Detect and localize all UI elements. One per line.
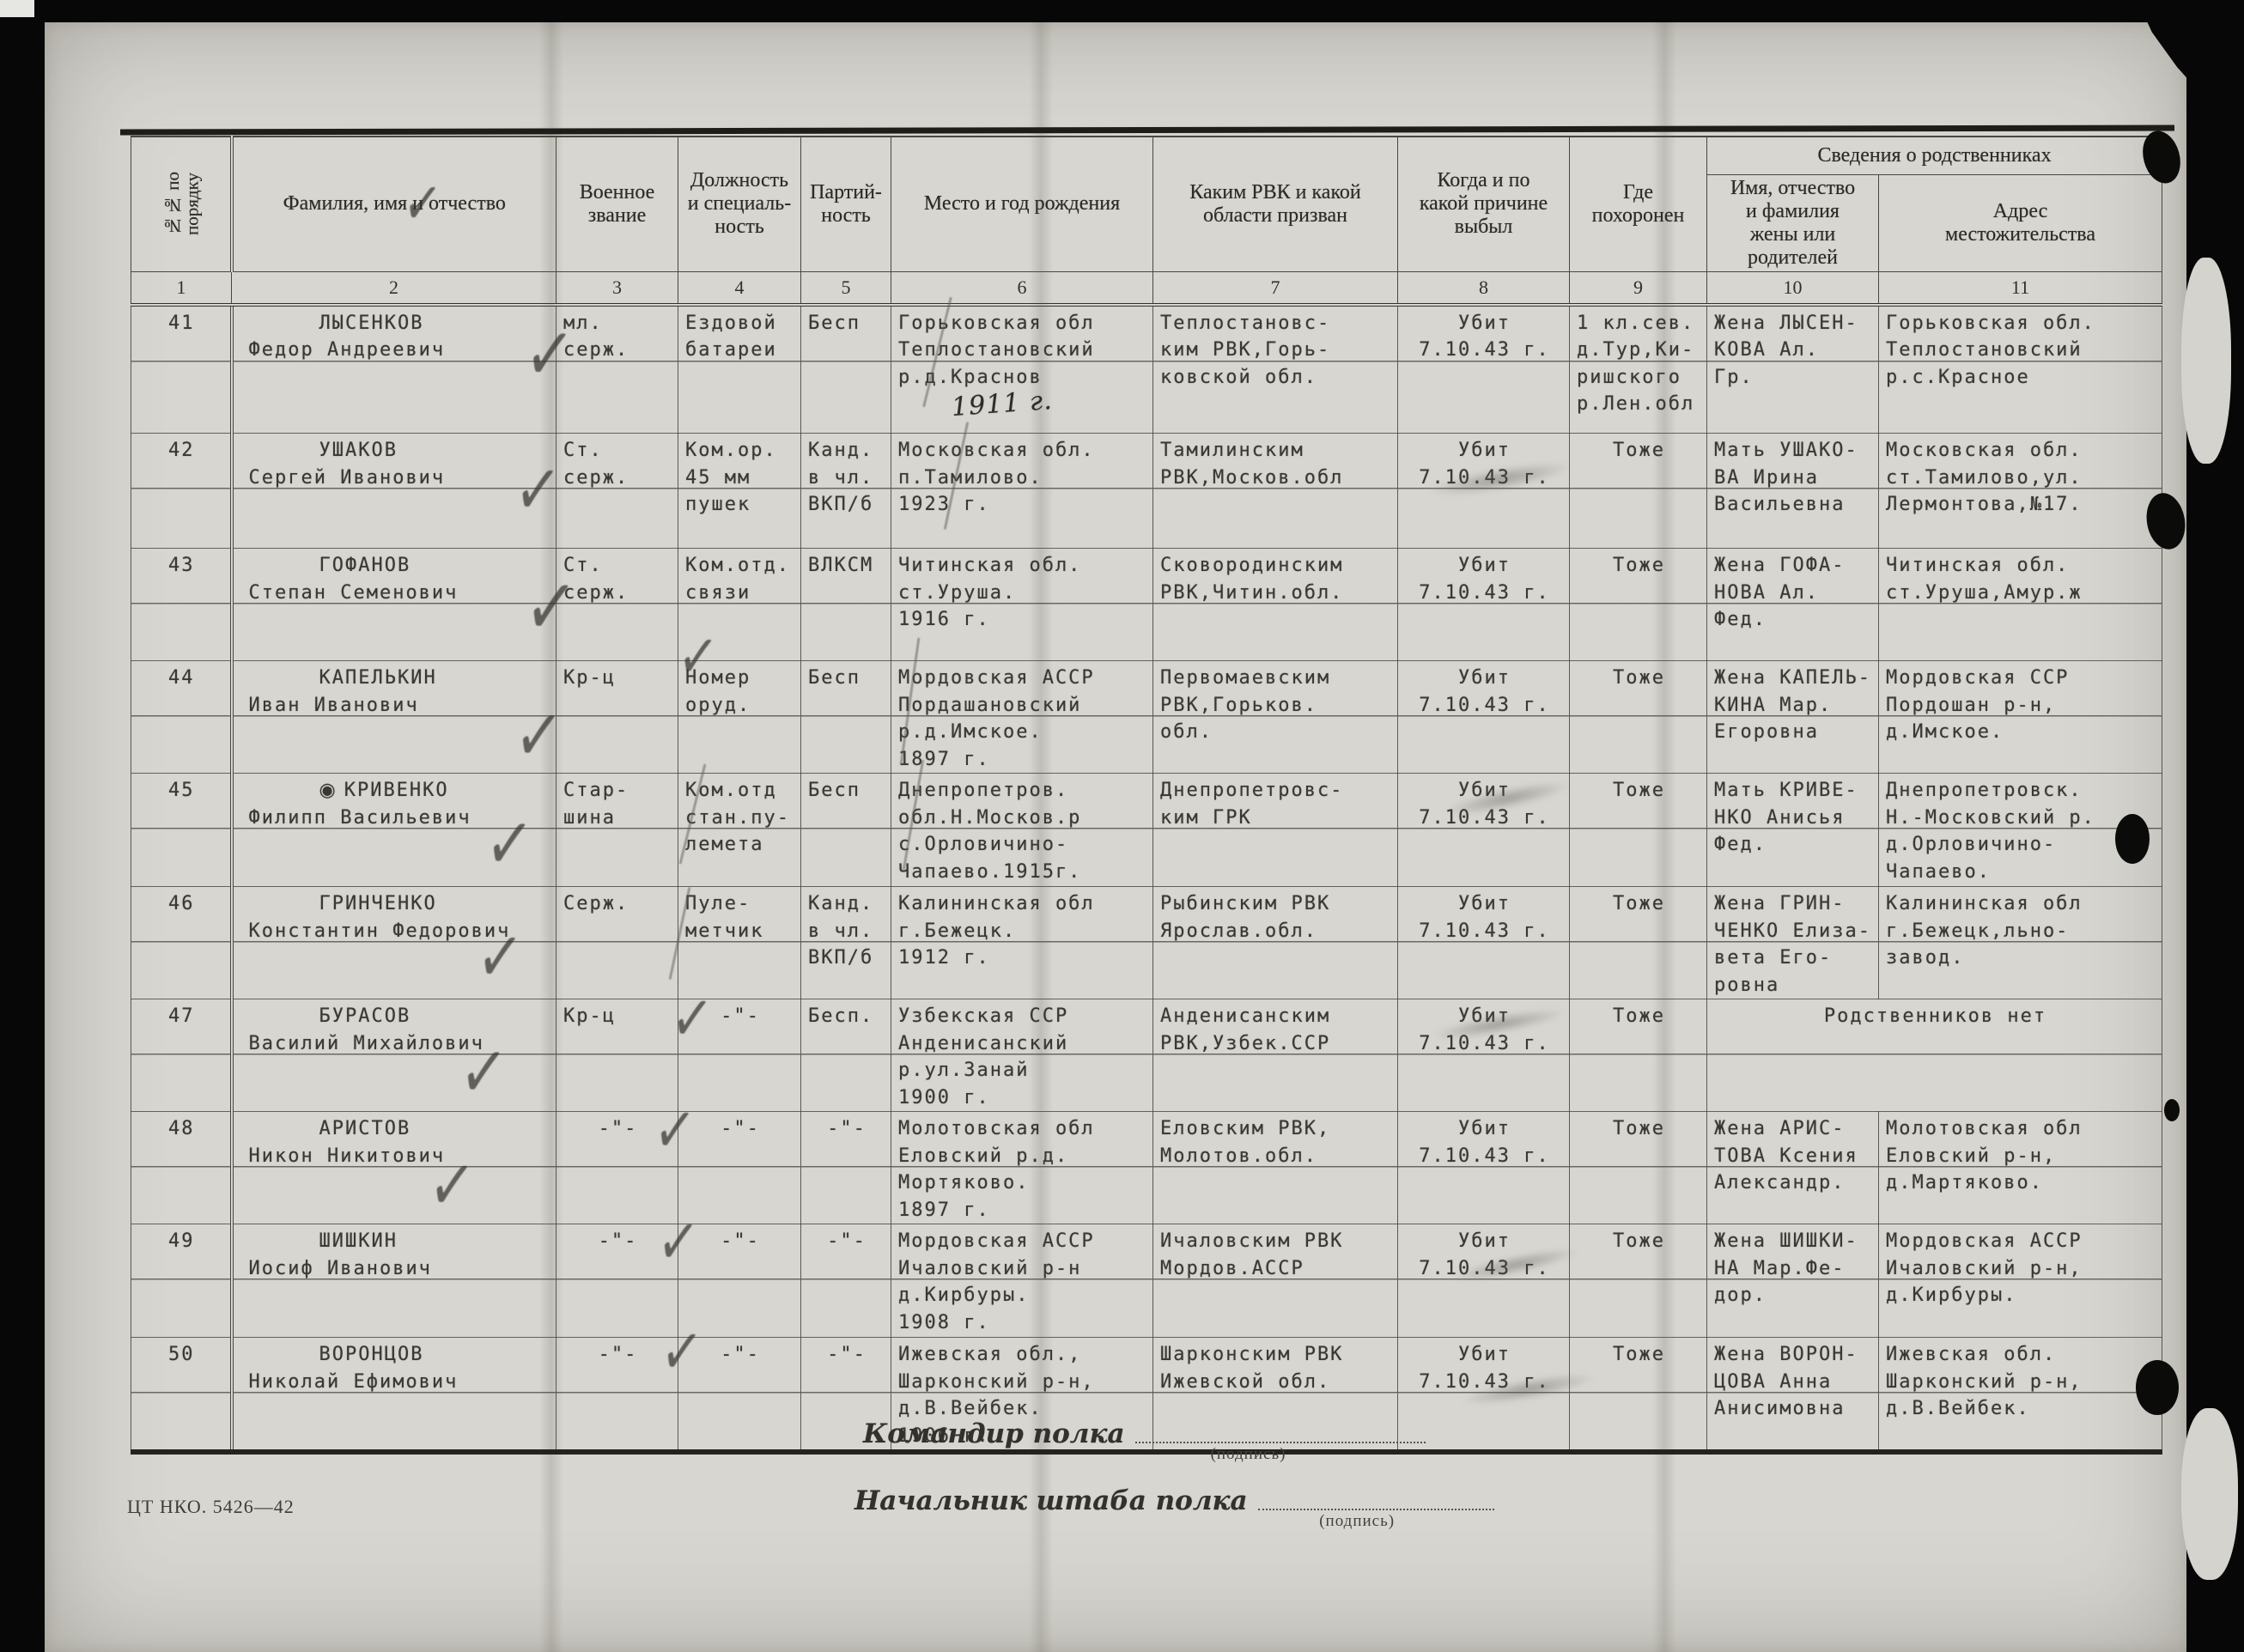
cell-name: ЛЫСЕНКОВФедор Андреевич	[232, 305, 556, 434]
pen-checkmark: ✓	[512, 452, 563, 529]
cell-row-number: 43	[131, 549, 232, 661]
cell-rvk: Ичаловским РВК Мордов.АССР	[1153, 1224, 1398, 1338]
scanner-edge-top	[0, 0, 2244, 22]
birth-text: Горьковская обл Теплостановский р.д.Крас…	[898, 313, 1095, 388]
cell-row-number: 49	[131, 1224, 232, 1338]
cell-address: Мордовская АССР Ичаловский р-н, д.Кирбур…	[1879, 1224, 2162, 1338]
chief-of-staff-label: Начальник штаба полка	[854, 1485, 1248, 1516]
given-name: Иван Иванович	[240, 692, 551, 720]
cell-relative: Мать УШАКО- ВА Ирина Васильевна	[1707, 434, 1879, 549]
cell-row-number: 50	[131, 1338, 232, 1453]
col-header-duty: Должность и специаль- ность	[678, 137, 801, 271]
pen-checkmark: ✓	[654, 1209, 702, 1278]
col-num: 9	[1570, 271, 1707, 305]
cell-rank: Стар- шина	[556, 774, 678, 887]
cell-name: АРИСТОВНикон Никитович	[232, 1112, 556, 1224]
pen-checkmark: ✓	[521, 314, 576, 395]
scanner-edge-right	[2186, 0, 2244, 1652]
cell-rvk: Анденисанским РВК,Узбек.ССР	[1153, 999, 1398, 1112]
cell-birth: Калининская обл г.Бежецк. 1912 г.	[891, 887, 1153, 999]
cell-row-number: 46	[131, 887, 232, 999]
surname-text: КРИВЕНКО	[344, 780, 449, 801]
pen-checkmark: ✓	[426, 1148, 477, 1224]
cell-relative: Жена ГОФА- НОВА Ал. Фед.	[1707, 549, 1879, 661]
cell-buried: Тоже	[1570, 1224, 1707, 1338]
cell-address: Мордовская ССР Пордошан р-н, д.Имское.	[1879, 661, 2162, 774]
cell-party: -"-	[801, 1224, 891, 1338]
pen-checkmark: ✓	[675, 623, 721, 689]
cell-name: ГОФАНОВСтепан Семенович	[232, 549, 556, 661]
surname: ВОРОНЦОВ	[240, 1341, 551, 1369]
cell-address: Ижевская обл. Шарконский р-н, д.В.Вейбек…	[1879, 1338, 2162, 1453]
paper-edge-fragment	[2181, 258, 2231, 464]
given-name: Степан Семенович	[240, 580, 551, 607]
cell-name: ШИШКИНИосиф Иванович	[232, 1224, 556, 1338]
col-num: 6	[891, 271, 1153, 305]
col-header-rank: Военное звание	[556, 137, 678, 271]
scan-corner-artifact	[0, 0, 34, 17]
pen-checkmark: ✓	[457, 1034, 510, 1113]
cell-relative: Жена ШИШКИ- НА Мар.Фе- дор.	[1707, 1224, 1879, 1338]
signature-line: (подпись)	[1135, 1433, 1426, 1443]
cell-fate: Убит 7.10.43 г.	[1398, 305, 1570, 434]
table-row: 45 ◉КРИВЕНКОФилипп Васильевич Стар- шина…	[131, 774, 2162, 887]
cell-buried: Тоже	[1570, 661, 1707, 774]
col-header-address: Адрес местожительства	[1879, 174, 2162, 271]
cell-address: Читинская обл. ст.Уруша,Амур.ж	[1879, 549, 2162, 661]
col-header-party: Партий- ность	[801, 137, 891, 271]
pen-checkmark: ✓	[512, 697, 565, 776]
given-name: Федор Андреевич	[240, 337, 551, 364]
signature-note: (подпись)	[1319, 1512, 1395, 1531]
surname: ГОФАНОВ	[240, 552, 551, 580]
cell-name: ВОРОНЦОВНиколай Ефимович	[232, 1338, 556, 1453]
table-row: 42 УШАКОВСергей Иванович Ст. серж. Ком.о…	[131, 434, 2162, 549]
cell-fate: Убит 7.10.43 г.	[1398, 1224, 1570, 1338]
cell-birth: Молотовская обл Еловский р.д. Мортяково.…	[891, 1112, 1153, 1224]
surname: БУРАСОВ	[240, 1003, 551, 1030]
cell-birth: Днепропетров. обл.Н.Москов.р с.Орловичин…	[891, 774, 1153, 887]
cell-party: -"-	[801, 1112, 891, 1224]
punch-hole	[2136, 1360, 2179, 1415]
cell-rank: -"-	[556, 1338, 678, 1453]
col-header-buried: Где похоронен	[1570, 137, 1707, 271]
cell-birth: Горьковская обл Теплостановский р.д.Крас…	[891, 305, 1153, 434]
table-row: 41 ЛЫСЕНКОВФедор Андреевич мл. серж. Езд…	[131, 305, 2162, 434]
cell-rvk: Рыбинским РВК Ярослав.обл.	[1153, 887, 1398, 999]
cell-birth: Мордовская АССР Ичаловский р-н д.Кирбуры…	[891, 1224, 1153, 1338]
header-row: №№ по порядку Фамилия, имя и отчество Во…	[131, 137, 2162, 174]
col-header-relative: Имя, отчество и фамилия жены или родител…	[1707, 174, 1879, 271]
cell-buried: Тоже	[1570, 887, 1707, 999]
cell-relative-none: Родственников нет	[1707, 999, 2162, 1112]
relatives-group-header: Сведения о родственниках	[1707, 137, 2162, 174]
signature-line: (подпись)	[1258, 1500, 1494, 1510]
table-row: 44 КАПЕЛЬКИНИван Иванович Кр-ц Номер ору…	[131, 661, 2162, 774]
cell-party: Бесп	[801, 774, 891, 887]
surname: ШИШКИН	[240, 1228, 551, 1255]
cell-birth: Читинская обл. ст.Уруша. 1916 г.	[891, 549, 1153, 661]
cell-relative: Жена АРИС- ТОВА Ксения Александр.	[1707, 1112, 1879, 1224]
col-num: 8	[1398, 271, 1570, 305]
pen-checkmark: ✓	[668, 986, 715, 1054]
col-num: 3	[556, 271, 678, 305]
cell-address: Молотовская обл Еловский р-н, д.Мартяков…	[1879, 1112, 2162, 1224]
cell-buried: Тоже	[1570, 434, 1707, 549]
cell-fate: Убит 7.10.43 г.	[1398, 887, 1570, 999]
cell-relative: Жена КАПЕЛЬ- КИНА Мар. Егоровна	[1707, 661, 1879, 774]
pen-checkmark: ✓	[400, 173, 444, 236]
surname: ◉КРИВЕНКО	[240, 777, 551, 805]
cell-buried: Тоже	[1570, 774, 1707, 887]
punch-hole	[2115, 814, 2150, 864]
cell-row-number: 42	[131, 434, 232, 549]
col-num: 11	[1879, 271, 2162, 305]
cell-rank: Ст. серж.	[556, 434, 678, 549]
cell-buried: 1 кл.сев. д.Тур,Ки- ришского р.Лен.обл	[1570, 305, 1707, 434]
cell-fate: Убит 7.10.43 г.	[1398, 549, 1570, 661]
cell-name: КАПЕЛЬКИНИван Иванович	[232, 661, 556, 774]
pen-checkmark: ✓	[521, 564, 580, 650]
col-header-name: Фамилия, имя и отчество	[232, 137, 556, 271]
casualty-list-table: №№ по порядку Фамилия, имя и отчество Во…	[131, 136, 2162, 1455]
surname: АРИСТОВ	[240, 1115, 551, 1143]
pen-checkmark: ✓	[651, 1097, 698, 1166]
cell-relative: Жена ЛЫСЕН- КОВА Ал. Гр.	[1707, 305, 1879, 434]
col-header-number: №№ по порядку	[131, 137, 232, 271]
cell-fate: Убит 7.10.43 г.	[1398, 661, 1570, 774]
cell-duty: Ездовой батареи	[678, 305, 801, 434]
cell-address: Горьковская обл. Теплостановский р.с.Кра…	[1879, 305, 2162, 434]
cell-rvk: Днепропетровс- ким ГРК	[1153, 774, 1398, 887]
cell-row-number: 41	[131, 305, 232, 434]
pen-checkmark: ✓	[474, 920, 526, 996]
cell-row-number: 44	[131, 661, 232, 774]
stamp-mark: ◉	[319, 777, 338, 805]
cell-relative: Жена ВОРОН- ЦОВА Анна Анисимовна	[1707, 1338, 1879, 1453]
cell-rvk: Теплостановс- ким РВК,Горь- ковской обл.	[1153, 305, 1398, 434]
cell-birth: Узбекская ССР Анденисанский р.ул.Занай 1…	[891, 999, 1153, 1112]
cell-relative: Мать КРИВЕ- НКО Анисья Фед.	[1707, 774, 1879, 887]
cell-duty: Ком.ор. 45 мм пушек	[678, 434, 801, 549]
table-row: 49 ШИШКИНИосиф Иванович -"- -"- -"- Морд…	[131, 1224, 2162, 1338]
cell-buried: Тоже	[1570, 549, 1707, 661]
col-num: 5	[801, 271, 891, 305]
cell-relative: Жена ГРИН- ЧЕНКО Елиза- вета Его- ровна	[1707, 887, 1879, 999]
col-num: 2	[232, 271, 556, 305]
paper-edge-fragment	[2181, 1408, 2238, 1580]
cell-birth: Мордовская АССР Пордашановский р.д.Имско…	[891, 661, 1153, 774]
cell-birth: Московская обл. п.Тамилово. 1923 г.	[891, 434, 1153, 549]
surname: ГРИНЧЕНКО	[240, 890, 551, 918]
table-row: 43 ГОФАНОВСтепан Семенович Ст. серж. Ком…	[131, 549, 2162, 661]
col-header-fate: Когда и по какой причине выбыл	[1398, 137, 1570, 271]
cell-address: Калининская обл г.Бежецк,льно- завод.	[1879, 887, 2162, 999]
col-num: 1	[131, 271, 232, 305]
given-name: Иосиф Иванович	[240, 1255, 551, 1283]
form-print-stamp: ЦТ НКО. 5426—42	[127, 1496, 295, 1518]
col-header-birth: Место и год рождения	[891, 137, 1153, 271]
cell-party: Канд. в чл. ВКП/б	[801, 887, 891, 999]
cell-row-number: 48	[131, 1112, 232, 1224]
surname: УШАКОВ	[240, 437, 551, 465]
cell-rvk: Еловским РВК, Молотов.обл.	[1153, 1112, 1398, 1224]
cell-party: Канд. в чл. ВКП/б	[801, 434, 891, 549]
chief-of-staff-signature-row: Начальник штаба полка (подпись)	[854, 1485, 1494, 1516]
col-header-rvk: Каким РВК и какой области призван	[1153, 137, 1398, 271]
signature-note: (подпись)	[1211, 1445, 1286, 1464]
cell-party: Бесп	[801, 661, 891, 774]
given-name: Сергей Иванович	[240, 465, 551, 492]
column-number-row: 1 2 3 4 5 6 7 8 9 10 11	[131, 271, 2162, 305]
col-num: 7	[1153, 271, 1398, 305]
commander-label: Командир полка	[863, 1418, 1125, 1449]
cell-row-number: 47	[131, 999, 232, 1112]
cell-fate: Убит 7.10.43 г.	[1398, 1112, 1570, 1224]
cell-buried: Тоже	[1570, 999, 1707, 1112]
surname: КАПЕЛЬКИН	[240, 665, 551, 692]
cell-address: Московская обл. ст.Тамилово,ул. Лермонто…	[1879, 434, 2162, 549]
table-row: 46 ГРИНЧЕНКОКонстантин Федорович Серж. П…	[131, 887, 2162, 999]
cell-rvk: Сковородинским РВК,Читин.обл.	[1153, 549, 1398, 661]
surname: ЛЫСЕНКОВ	[240, 310, 551, 337]
cell-row-number: 45	[131, 774, 232, 887]
scanner-edge-left	[0, 0, 45, 1652]
col-num: 4	[678, 271, 801, 305]
cell-party: Бесп	[801, 305, 891, 434]
cell-buried: Тоже	[1570, 1338, 1707, 1453]
handwritten-year: 1911 г.	[951, 387, 1054, 422]
cell-party: ВЛКСМ	[801, 549, 891, 661]
pen-checkmark: ✓	[658, 1319, 705, 1388]
cell-rank: Серж.	[556, 887, 678, 999]
scanned-document-page: №№ по порядку Фамилия, имя и отчество Во…	[0, 0, 2244, 1652]
commander-signature-row: Командир полка (подпись)	[863, 1418, 1426, 1449]
cell-buried: Тоже	[1570, 1112, 1707, 1224]
cell-rvk: Первомаевским РВК,Горьков. обл.	[1153, 661, 1398, 774]
given-name: Никон Никитович	[240, 1143, 551, 1170]
cell-rvk: Тамилинским РВК,Москов.обл	[1153, 434, 1398, 549]
cell-party: Бесп.	[801, 999, 891, 1112]
given-name: Николай Ефимович	[240, 1369, 551, 1396]
col-num: 10	[1707, 271, 1879, 305]
cell-name: УШАКОВСергей Иванович	[232, 434, 556, 549]
punch-hole	[2164, 1099, 2180, 1121]
cell-rank: Кр-ц	[556, 661, 678, 774]
pen-checkmark: ✓	[483, 805, 536, 884]
table-row: 47 БУРАСОВВасилий Михайлович Кр-ц -"- Бе…	[131, 999, 2162, 1112]
